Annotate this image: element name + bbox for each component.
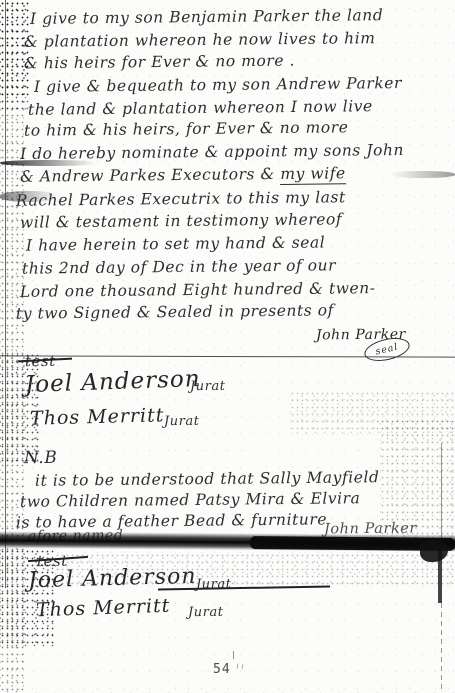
will-line: I give & bequeath to my son Andrew Parke… <box>34 74 402 96</box>
will-line: the land & plantation whereon I now live <box>28 97 373 119</box>
ink-smudge <box>390 171 455 178</box>
seal-label: seal <box>374 342 399 358</box>
print-artifact <box>233 651 234 659</box>
will-line: will & testament in testimony whereof <box>20 210 342 231</box>
will-line: Lord one thousand Eight hundred & twen- <box>20 279 376 301</box>
will-line: I do hereby nominate & appoint my sons J… <box>20 141 404 163</box>
page-number: 54 <box>213 662 231 677</box>
witness-signature: Thos Merritt <box>30 404 165 430</box>
scan-noise <box>290 390 455 435</box>
will-line: ty two Signed & Sealed in presents of <box>16 301 334 322</box>
will-line: I give to my son Benjamin Parker the lan… <box>30 6 383 28</box>
nb-heading: N.B <box>24 448 58 468</box>
witness-signature: Joel Anderson <box>25 366 201 398</box>
jurat-label: Jurat <box>188 605 224 620</box>
ink-blot <box>420 540 448 562</box>
jurat-label: Jurat <box>196 577 232 592</box>
will-line: to him & his heirs, for Ever & no more <box>24 118 349 139</box>
underlined-phrase: my wife <box>280 164 346 185</box>
scanned-will-page: I give to my son Benjamin Parker the lan… <box>0 0 455 693</box>
jurat-label: Jurat <box>190 379 226 394</box>
will-line-text: & Andrew Parkes Executors & <box>20 165 280 186</box>
scan-noise-left-edge <box>0 0 24 693</box>
will-line: this 2nd day of Dec in the year of our <box>22 256 336 277</box>
print-artifact <box>237 664 244 670</box>
jurat-label: Jurat <box>164 414 200 429</box>
nb-line: it is to be understood that Sally Mayfie… <box>35 468 380 490</box>
scan-border-right-lower <box>441 603 442 693</box>
witness-signature: Thos Merritt <box>36 595 171 622</box>
scan-border-right-upper <box>441 443 442 545</box>
will-line: & his heirs for Ever & no more . <box>24 52 295 73</box>
scan-border-left <box>5 0 6 588</box>
will-line: & plantation whereon he now lives to him <box>24 29 376 51</box>
nb-line: two Children named Patsy Mira & Elvira <box>20 489 361 511</box>
will-line: I have herein to set my hand & seal <box>26 233 325 254</box>
will-line: & Andrew Parkes Executors & my wife <box>20 164 346 185</box>
will-line: Rachel Parkes Executrix to this my last <box>16 188 346 209</box>
